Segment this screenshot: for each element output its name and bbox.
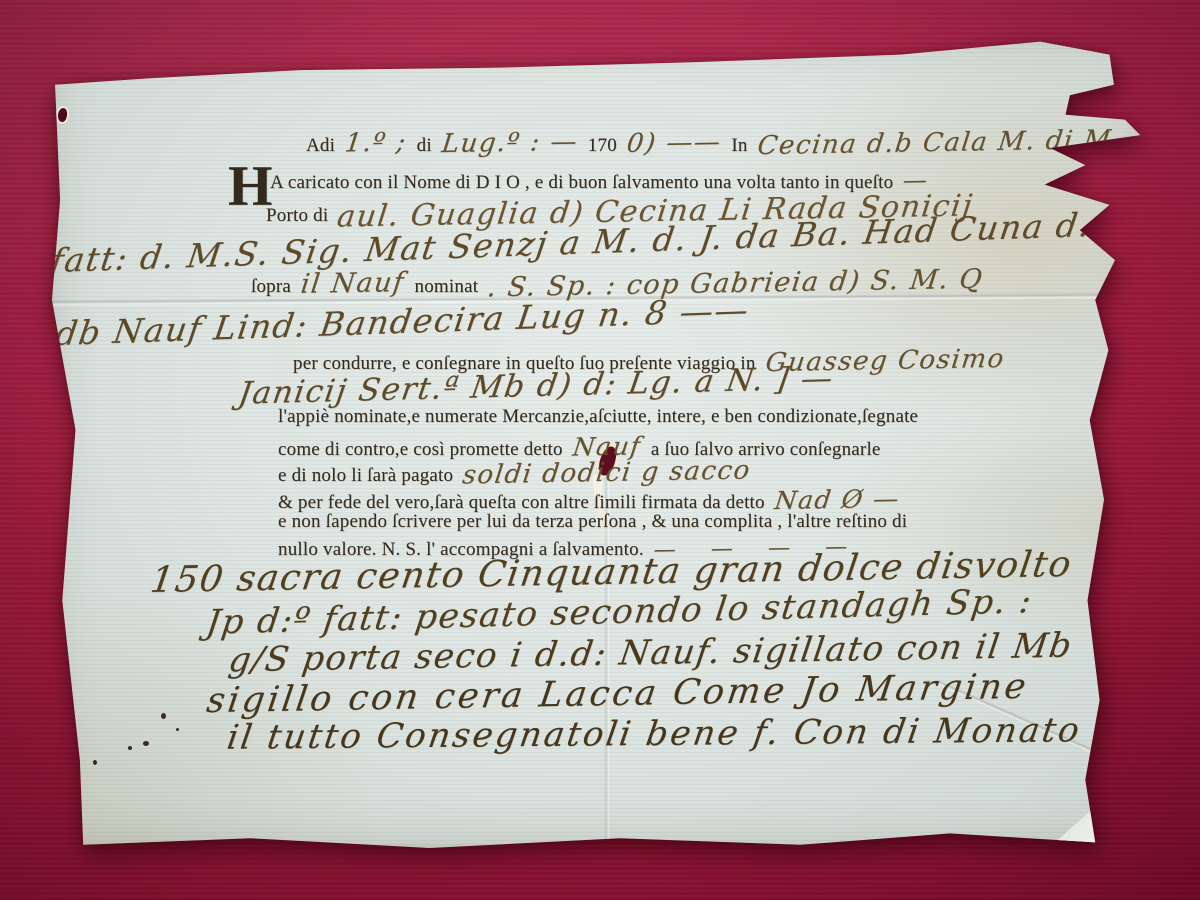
document-paper: H Adi 1.º ; di Lug.º : — 170 0) —— In Ce… xyxy=(48,36,1148,848)
ink-spot xyxy=(176,728,179,731)
corner-hole xyxy=(57,107,68,122)
handwritten-row-3: Janicij Sert.ª Mb d) d: Lg. a N. ] — xyxy=(240,368,832,404)
handwritten-cargo: il tutto Consegnatoli bene f. Con di Mon… xyxy=(224,710,1084,757)
handwritten-day: 1.º ; xyxy=(343,127,408,158)
printed-terza: e non ſapendo ſcrivere per lui da terza … xyxy=(278,511,907,533)
printed-in: In xyxy=(731,135,747,157)
printed-nolo: e di nolo li ſarà pagato xyxy=(278,465,453,487)
printed-adi: Adi xyxy=(306,135,335,157)
handwritten-place: Cecina d.b Cala M. di M. xyxy=(755,125,1123,161)
handwritten-row-2: db Nauf Lind: Bandecira Lug n. 8 —— xyxy=(58,302,748,341)
printed-nominat: nominat xyxy=(415,276,479,298)
handwritten-text: db Nauf Lind: Bandecira Lug n. 8 —— xyxy=(53,290,752,353)
cargo-line-3: g/S porta seco i d.d: Nauf. sigillato co… xyxy=(230,633,1071,673)
printed-year: 170 xyxy=(588,135,617,157)
printed-di: di xyxy=(417,135,432,157)
handwritten-year-end: 0) —— xyxy=(625,127,723,159)
ink-spot xyxy=(128,746,132,750)
mercanzie-line: l'appiè nominate,e numerate Mercanzie,aſ… xyxy=(278,406,918,428)
promette-line: come di contro,e così promette detto Nau… xyxy=(278,432,881,461)
handwritten-month: Lug.º : — xyxy=(440,127,580,159)
fede-line: & per fede del vero,ſarà queſta con altr… xyxy=(278,485,899,514)
opening-line: A caricato con il Nome di D I O , e di b… xyxy=(270,166,929,194)
terza-persona-line: e non ſapendo ſcrivere per lui da terza … xyxy=(278,511,907,533)
cargo-line-4: sigillo con cera Lacca Come Jo Margine xyxy=(208,674,1027,714)
handwritten-text: Janicij Sert.ª Mb d) d: Lg. a N. ] — xyxy=(236,360,836,411)
printed-sopra: ſopra xyxy=(251,276,291,298)
ink-spot xyxy=(143,741,149,746)
printed-mercanzie: l'appiè nominate,e numerate Mercanzie,aſ… xyxy=(278,406,918,428)
cargo-line-2: Jp d:º fatt: pesato secondo lo standagh … xyxy=(208,592,1031,632)
handwritten-vessel: il Nauf xyxy=(299,267,407,300)
ink-spot xyxy=(161,713,166,719)
handwritten-row-1: fatt: d. M.S. Sig. Mat Senzj a M. d. J. … xyxy=(54,222,1148,261)
ink-smudge xyxy=(260,62,287,73)
date-line: Adi 1.º ; di Lug.º : — 170 0) —— In Ceci… xyxy=(306,128,1121,158)
paper-shadow-wrap: H Adi 1.º ; di Lug.º : — 170 0) —— In Ce… xyxy=(0,0,1200,900)
ink-spot xyxy=(93,760,97,765)
photo-background: H Adi 1.º ; di Lug.º : — 170 0) —— In Ce… xyxy=(0,0,1200,900)
folded-corner xyxy=(1053,798,1105,844)
cargo-line-5: il tutto Consegnatoli bene f. Con di Mon… xyxy=(228,714,1081,754)
nolo-line: e di nolo li ſarà pagato soldi dodici g … xyxy=(278,458,751,488)
